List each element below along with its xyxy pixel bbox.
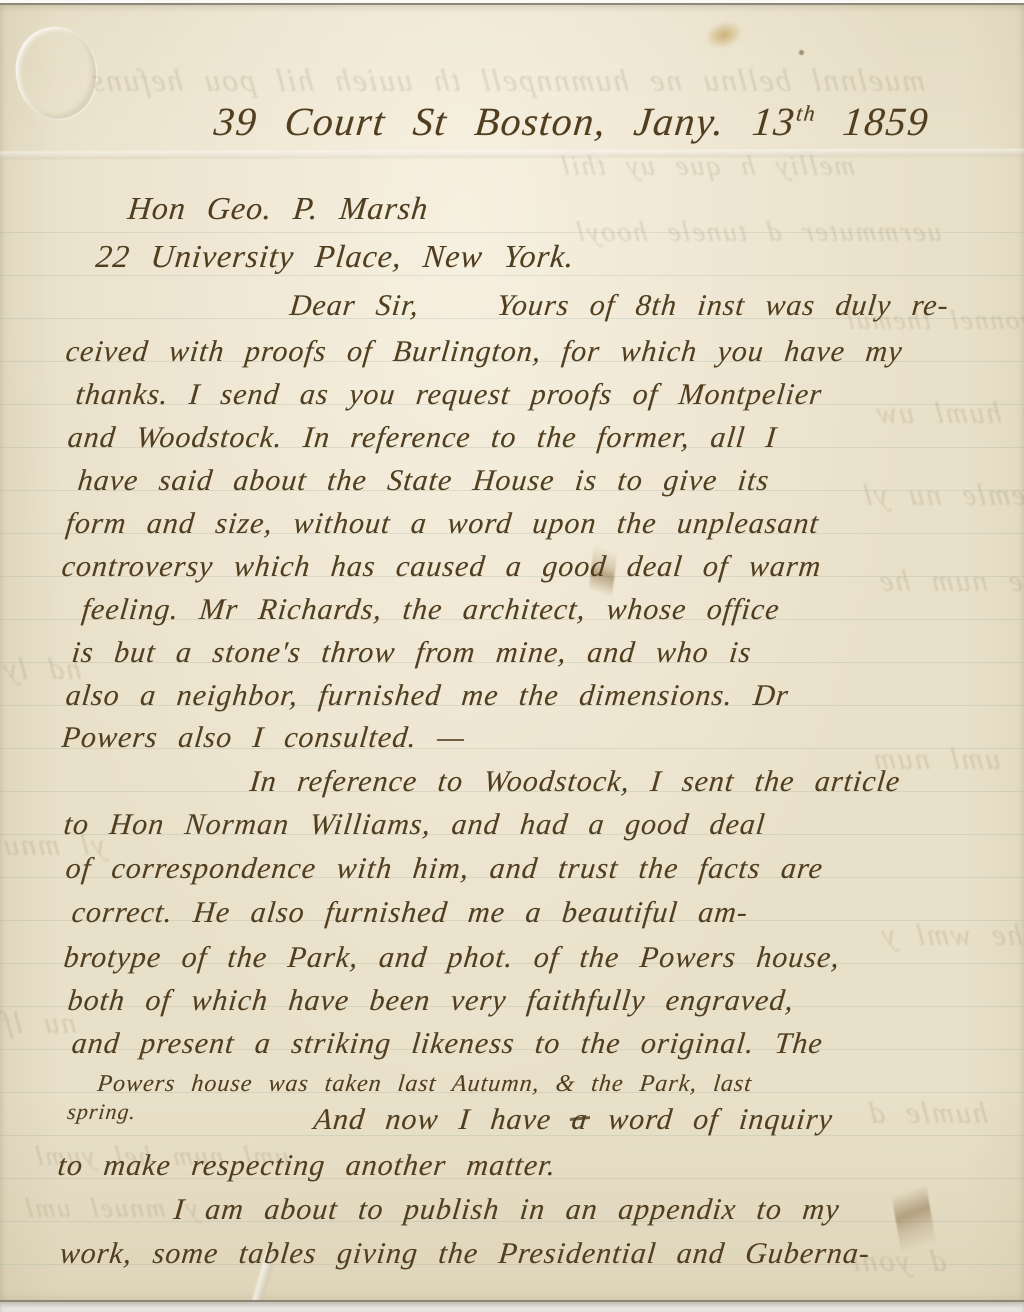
letter-salutation: Dear Sir, xyxy=(288,289,421,322)
letter-line: of correspondence with him, and trust th… xyxy=(64,852,825,886)
struck-word: a xyxy=(570,1103,589,1136)
letter-scan: muelnnl bellnu ne humnnpell th uuieh hil… xyxy=(0,0,1024,1312)
letter-line: work, some tables giving the Presidentia… xyxy=(58,1237,872,1271)
letter-recipient: Hon Geo. P. Marsh xyxy=(126,190,430,227)
letter-line: controversy which has caused a good deal… xyxy=(60,550,823,584)
dateline-ordinal: th xyxy=(795,101,818,126)
letter-line: both of which have been very faithfully … xyxy=(66,984,796,1018)
paper-top-edge xyxy=(0,0,1024,5)
letter-line: And now I have a word of inquiry xyxy=(312,1103,835,1137)
letter-address: 22 University Place, New York. xyxy=(94,238,576,275)
letter-line: form and size, without a word upon the u… xyxy=(64,507,821,541)
dateline-text: 39 Court St Boston, Jany. 13 xyxy=(212,99,798,144)
letter-line: brotype of the Park, and phot. of the Po… xyxy=(62,941,842,975)
letter-line: feeling. Mr Richards, the architect, who… xyxy=(80,593,781,627)
paper-bottom-edge xyxy=(0,1300,1024,1312)
letter-line: thanks. I send as you request proofs of … xyxy=(74,378,824,412)
letter-line: to make respecting another matter. xyxy=(56,1149,558,1183)
letter-line: and present a striking likeness to the o… xyxy=(70,1027,825,1061)
letter-text: 39 Court St Boston, Jany. 13th 1859 Hon … xyxy=(0,5,1024,1302)
letter-line-text: And now I have xyxy=(312,1103,573,1136)
letter-line: correct. He also furnished me a beautifu… xyxy=(70,896,750,930)
letter-line: have said about the State House is to gi… xyxy=(76,464,771,498)
letter-line: to Hon Norman Williams, and had a good d… xyxy=(62,808,767,842)
letter-line: In reference to Woodstock, I sent the ar… xyxy=(248,765,902,799)
dateline-year: 1859 xyxy=(813,99,931,144)
letter-line-text: Yours of 8th inst was duly re- xyxy=(495,289,950,322)
letter-line: spring. xyxy=(66,1099,137,1125)
letter-line: and Woodstock. In reference to the forme… xyxy=(66,421,778,455)
letter-line: is but a stone's throw from mine, and wh… xyxy=(70,636,753,670)
letter-line-text: word of inquiry xyxy=(586,1103,835,1136)
letter-line: Powers house was taken last Autumn, & th… xyxy=(96,1071,753,1098)
letter-paper: muelnnl bellnu ne humnnpell th uuieh hil… xyxy=(0,5,1024,1302)
letter-dateline: 39 Court St Boston, Jany. 13th 1859 xyxy=(212,98,931,145)
letter-line: ceived with proofs of Burlington, for wh… xyxy=(64,335,904,369)
letter-line: I am about to publish in an appendix to … xyxy=(172,1193,841,1227)
letter-line: Powers also I consulted. — xyxy=(60,721,467,755)
letter-line: Dear Sir,Yours of 8th inst was duly re- xyxy=(288,289,950,323)
letter-line: also a neighbor, furnished me the dimens… xyxy=(64,679,790,713)
